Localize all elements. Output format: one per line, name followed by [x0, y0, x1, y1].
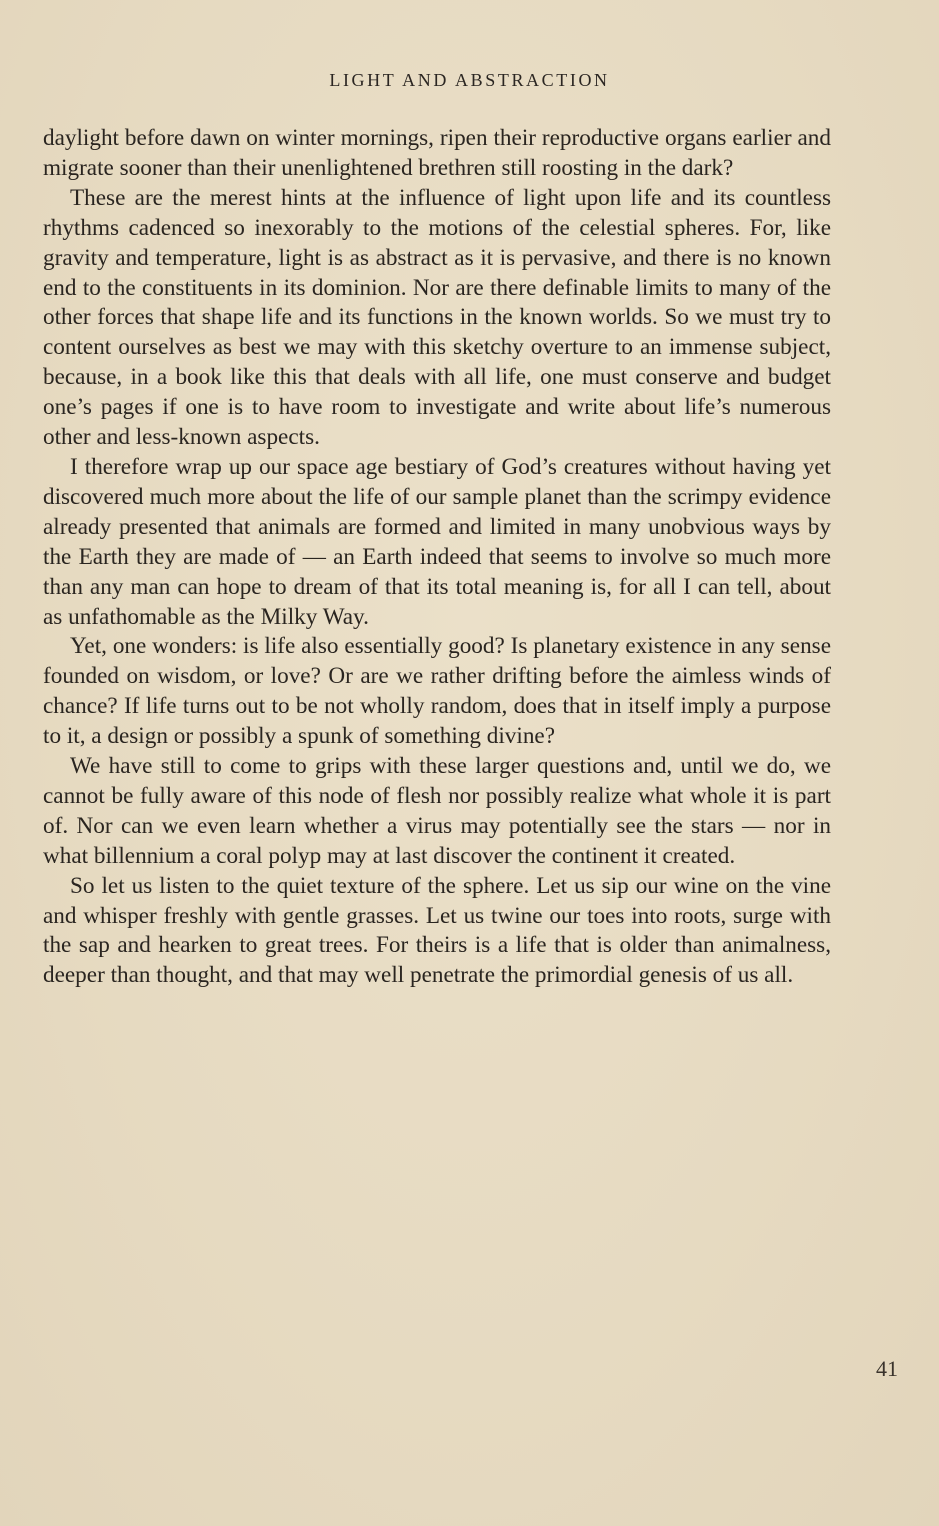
paragraph: Yet, one wonders: is life also essential… [43, 632, 831, 752]
paragraph: I therefore wrap up our space age bestia… [43, 453, 831, 632]
paragraph: These are the merest hints at the influe… [43, 184, 831, 453]
paragraph: We have still to come to grips with thes… [43, 752, 831, 872]
paragraph: daylight before dawn on winter mornings,… [43, 124, 831, 184]
body-text: daylight before dawn on winter mornings,… [43, 124, 831, 991]
paragraph: So let us listen to the quiet texture of… [43, 872, 831, 992]
running-head: LIGHT AND ABSTRACTION [0, 70, 939, 91]
page-number: 41 [876, 1356, 898, 1382]
